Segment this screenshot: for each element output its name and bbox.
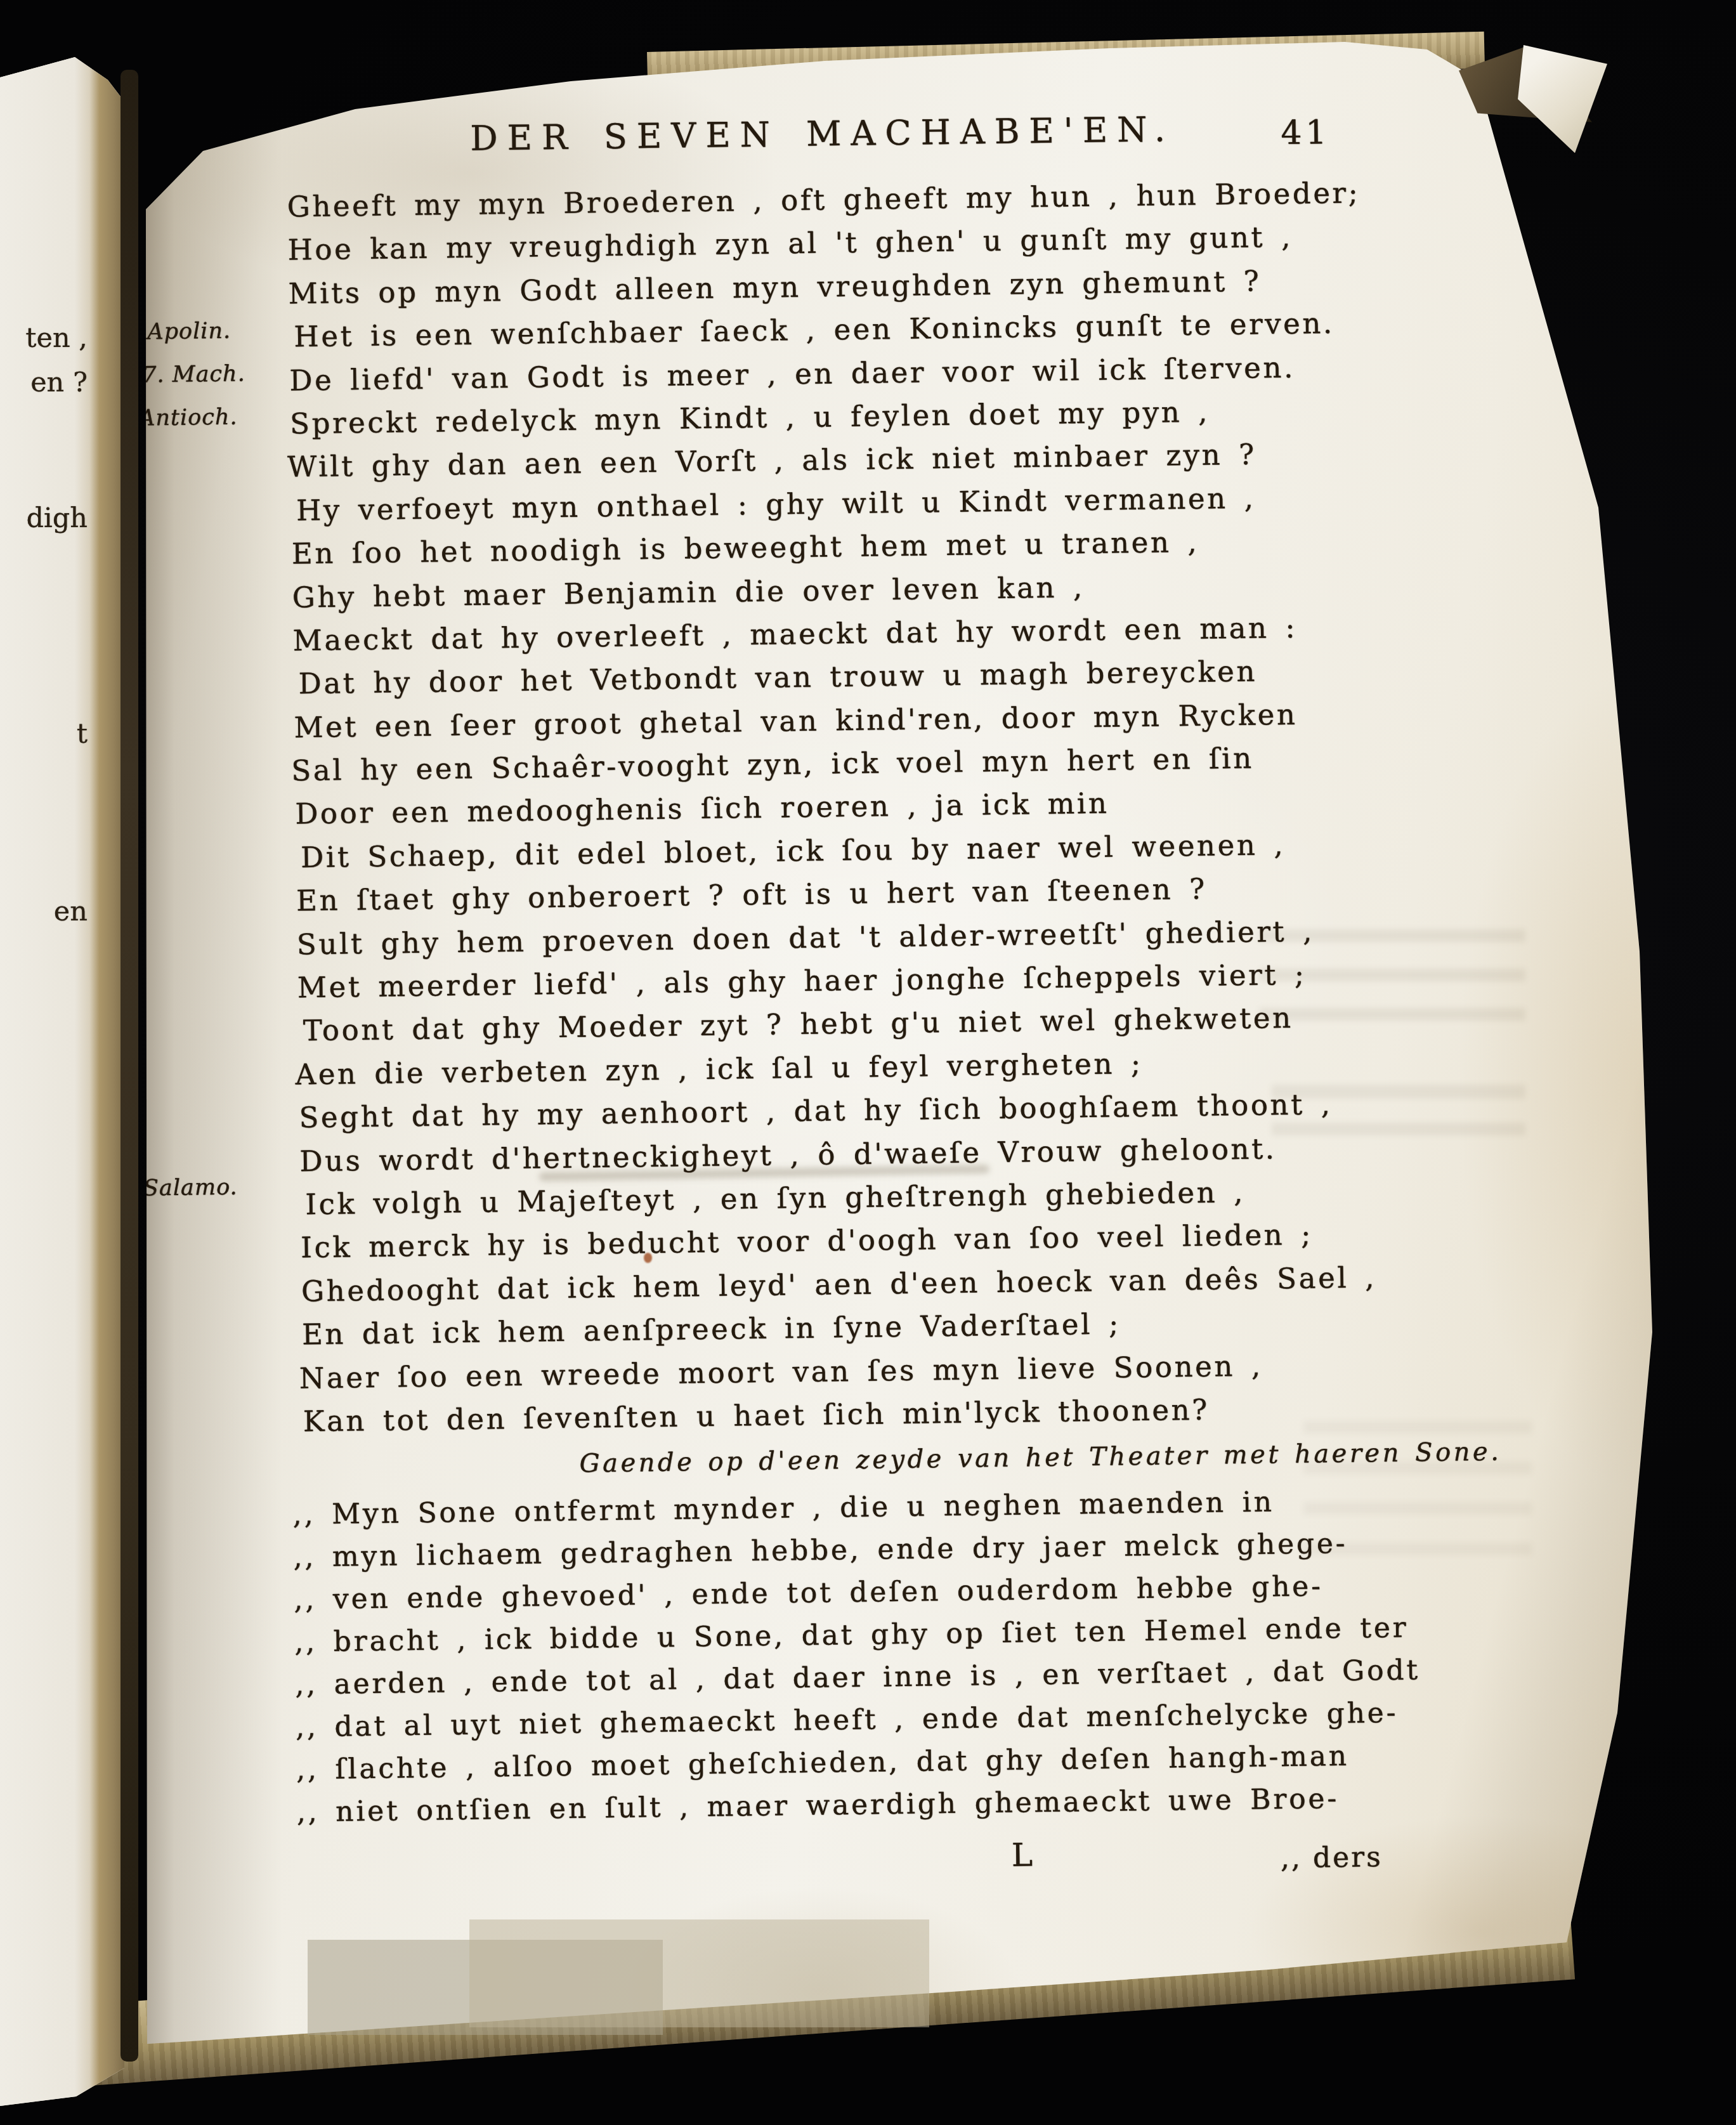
- artifact-rect: [469, 1919, 929, 2027]
- book-page: DER SEVEN MACHABE'EN. 41 Apolin. 7. Mach…: [130, 32, 1665, 2052]
- verse-block: Gheeft my myn Broederen , oft gheeft my …: [287, 171, 1378, 1443]
- page-number: 41: [1281, 114, 1331, 152]
- corner-fold-flap: [1516, 38, 1611, 155]
- stage-direction: Gaende op d'een zeyde van het Theater me…: [579, 1437, 1501, 1479]
- margin-note-apolin: Apolin.: [147, 318, 231, 345]
- book-photo: { "page": { "header": { "title": "DER SE…: [0, 0, 1736, 2125]
- printed-text-layer: DER SEVEN MACHABE'EN. 41 Apolin. 7. Mach…: [117, 22, 1678, 2062]
- facing-page-text-fragment: digh: [27, 502, 88, 534]
- running-title: DER SEVEN MACHABE'EN.: [470, 109, 1175, 159]
- catchword: ,, ders: [1281, 1841, 1383, 1874]
- signature-mark: L: [1011, 1836, 1034, 1873]
- facing-page-text-fragment: ten ,: [25, 322, 88, 354]
- facing-page-sliver: ten , en ? digh t en: [0, 51, 124, 2106]
- facing-page-text-fragment: en ?: [30, 367, 88, 398]
- facing-page-text-fragment: en: [54, 896, 88, 927]
- margin-note-7-mach: 7. Mach.: [142, 361, 245, 388]
- margin-note-antioch: Antioch.: [139, 405, 238, 431]
- margin-note-salamo: Salamo.: [143, 1175, 238, 1201]
- book-gutter-shadow: [121, 70, 138, 2062]
- facing-page-text-fragment: t: [77, 718, 88, 750]
- quoted-prose-block: ,, Myn Sone ontfermt mynder , die u negh…: [292, 1479, 1422, 1833]
